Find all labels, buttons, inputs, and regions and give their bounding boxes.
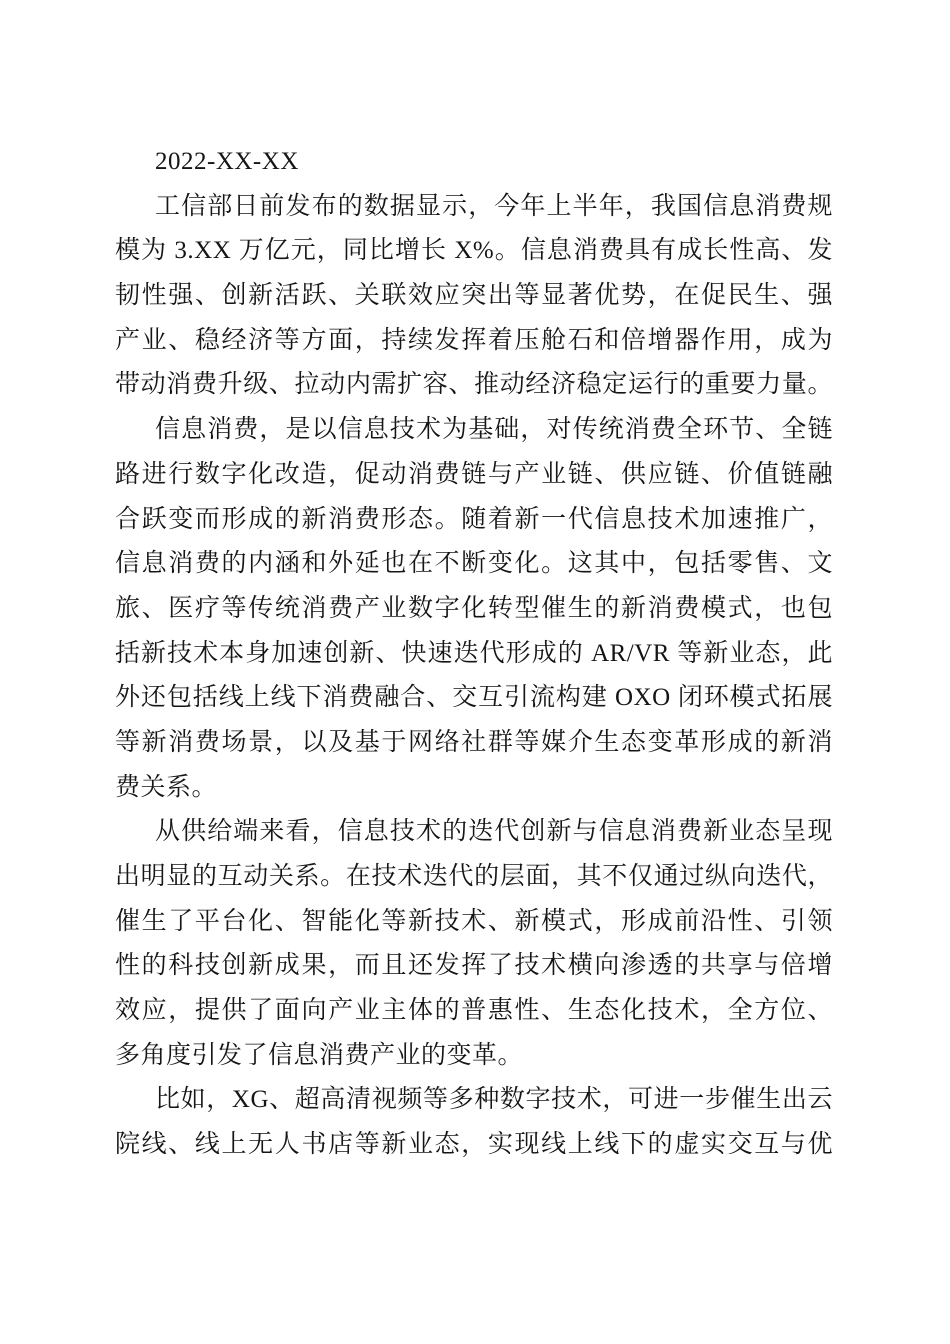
text-line: 2022-XX-XX (115, 140, 833, 185)
text-line: 信息消费的内涵和外延也在不断变化。这其中，包括零售、文 (115, 542, 833, 587)
text-line: 合跃变而形成的新消费形态。随着新一代信息技术加速推广， (115, 498, 833, 543)
document-page: 2022-XX-XX工信部日前发布的数据显示，今年上半年，我国信息消费规模为 3… (0, 0, 950, 1344)
text-line: 产业、稳经济等方面，持续发挥着压舱石和倍增器作用，成为 (115, 319, 833, 364)
text-line: 催生了平台化、智能化等新技术、新模式，形成前沿性、引领 (115, 900, 833, 945)
text-line: 出明显的互动关系。在技术迭代的层面，其不仅通过纵向迭代， (115, 855, 833, 900)
text-line: 效应，提供了面向产业主体的普惠性、生态化技术，全方位、 (115, 989, 833, 1034)
date-line: 2022-XX-XX (115, 140, 833, 185)
text-line: 比如，XG、超高清视频等多种数字技术，可进一步催生出云 (115, 1078, 833, 1123)
text-line: 括新技术本身加速创新、快速迭代形成的 AR/VR 等新业态，此 (115, 632, 833, 677)
document-body: 2022-XX-XX工信部日前发布的数据显示，今年上半年，我国信息消费规模为 3… (115, 140, 833, 1168)
text-line: 费关系。 (115, 766, 833, 811)
text-line: 多角度引发了信息消费产业的变革。 (115, 1034, 833, 1079)
text-line: 工信部日前发布的数据显示，今年上半年，我国信息消费规 (115, 185, 833, 230)
body-paragraph: 信息消费，是以信息技术为基础，对传统消费全环节、全链路进行数字化改造，促动消费链… (115, 408, 833, 810)
text-line: 带动消费升级、拉动内需扩容、推动经济稳定运行的重要力量。 (115, 363, 833, 408)
text-line: 性的科技创新成果，而且还发挥了技术横向渗透的共享与倍增 (115, 944, 833, 989)
body-paragraph: 从供给端来看，信息技术的迭代创新与信息消费新业态呈现出明显的互动关系。在技术迭代… (115, 810, 833, 1078)
text-line: 等新消费场景，以及基于网络社群等媒介生态变革形成的新消 (115, 721, 833, 766)
text-line: 从供给端来看，信息技术的迭代创新与信息消费新业态呈现 (115, 810, 833, 855)
text-line: 旅、医疗等传统消费产业数字化转型催生的新消费模式，也包 (115, 587, 833, 632)
text-line: 信息消费，是以信息技术为基础，对传统消费全环节、全链 (115, 408, 833, 453)
text-line: 路进行数字化改造，促动消费链与产业链、供应链、价值链融 (115, 453, 833, 498)
body-paragraph: 工信部日前发布的数据显示，今年上半年，我国信息消费规模为 3.XX 万亿元，同比… (115, 185, 833, 408)
body-paragraph: 比如，XG、超高清视频等多种数字技术，可进一步催生出云院线、线上无人书店等新业态… (115, 1078, 833, 1167)
text-line: 模为 3.XX 万亿元，同比增长 X%。信息消费具有成长性高、发展 (115, 229, 833, 274)
text-line: 院线、线上无人书店等新业态，实现线上线下的虚实交互与优 (115, 1123, 833, 1168)
text-line: 外还包括线上线下消费融合、交互引流构建 OXO 闭环模式拓展 (115, 676, 833, 721)
text-line: 韧性强、创新活跃、关联效应突出等显著优势，在促民生、强 (115, 274, 833, 319)
